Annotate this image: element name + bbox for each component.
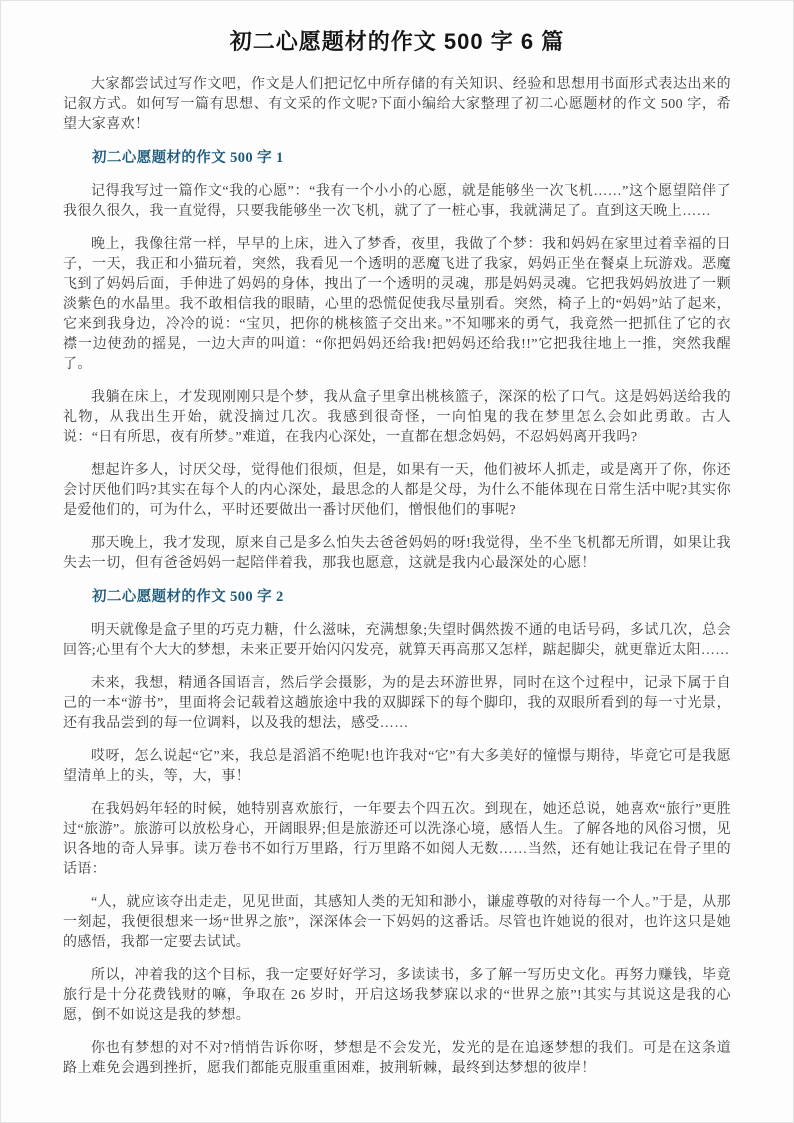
essay-paragraph: 未来，我想，精通各国语言，然后学会摄影，为的是去环游世界，同时在这个过程中，记录… xyxy=(63,674,731,734)
section-heading: 初二心愿题材的作文 500 字 1 xyxy=(63,148,731,168)
essay-paragraph: 我躺在床上，才发现刚刚只是个梦，我从盒子里拿出桃核篮子，深深的松了口气。这是妈妈… xyxy=(63,388,731,448)
essay-paragraph: 在我妈妈年轻的时候，她特别喜欢旅行，一年要去个四五次。到现在，她还总说，她喜欢“… xyxy=(63,800,731,880)
essay-paragraph: 所以，冲着我的这个目标，我一定要好好学习，多读读书，多了解一写历史文化。再努力赚… xyxy=(63,966,731,1026)
document-title: 初二心愿题材的作文 500 字 6 篇 xyxy=(63,27,731,57)
essay-paragraph: 记得我写过一篇作文“我的心愿”：“我有一个小小的心愿，就是能够坐一次飞机……”这… xyxy=(63,182,731,222)
essay-paragraph: “人，就应该夺出走走，见见世面，其感知人类的无知和渺小，谦虚尊敬的对待每一个人。… xyxy=(63,893,731,953)
essay-paragraph: 晚上，我像往常一样，早早的上床，进入了梦香，夜里，我做了个梦：我和妈妈在家里过着… xyxy=(63,235,731,375)
section-heading: 初二心愿题材的作文 500 字 2 xyxy=(63,587,731,607)
essay-sections: 初二心愿题材的作文 500 字 1记得我写过一篇作文“我的心愿”：“我有一个小小… xyxy=(63,148,731,1079)
essay-paragraph: 哎呀，怎么说起“它”来，我总是滔滔不绝呢!也许我对“它”有大多美好的憧憬与期待，… xyxy=(63,747,731,787)
document-page: 初二心愿题材的作文 500 字 6 篇 大家都尝试过写作文吧，作文是人们把记忆中… xyxy=(0,0,794,1123)
essay-paragraph: 想起许多人，讨厌父母，觉得他们很烦，但是，如果有一天，他们被坏人抓走，或是离开了… xyxy=(63,461,731,521)
essay-paragraph: 明天就像是盒子里的巧克力糖，什么滋味，充满想象;失望时偶然拨不通的电话号码，多试… xyxy=(63,621,731,661)
intro-paragraph: 大家都尝试过写作文吧，作文是人们把记忆中所存储的有关知识、经验和思想用书面形式表… xyxy=(63,75,731,135)
essay-paragraph: 你也有梦想的对不对?悄悄告诉你呀，梦想是不会发光，发光的是在追逐梦想的我们。可是… xyxy=(63,1039,731,1079)
essay-paragraph: 那天晚上，我才发现，原来自己是多么怕失去爸爸妈妈的呀!我觉得，坐不坐飞机都无所谓… xyxy=(63,534,731,574)
